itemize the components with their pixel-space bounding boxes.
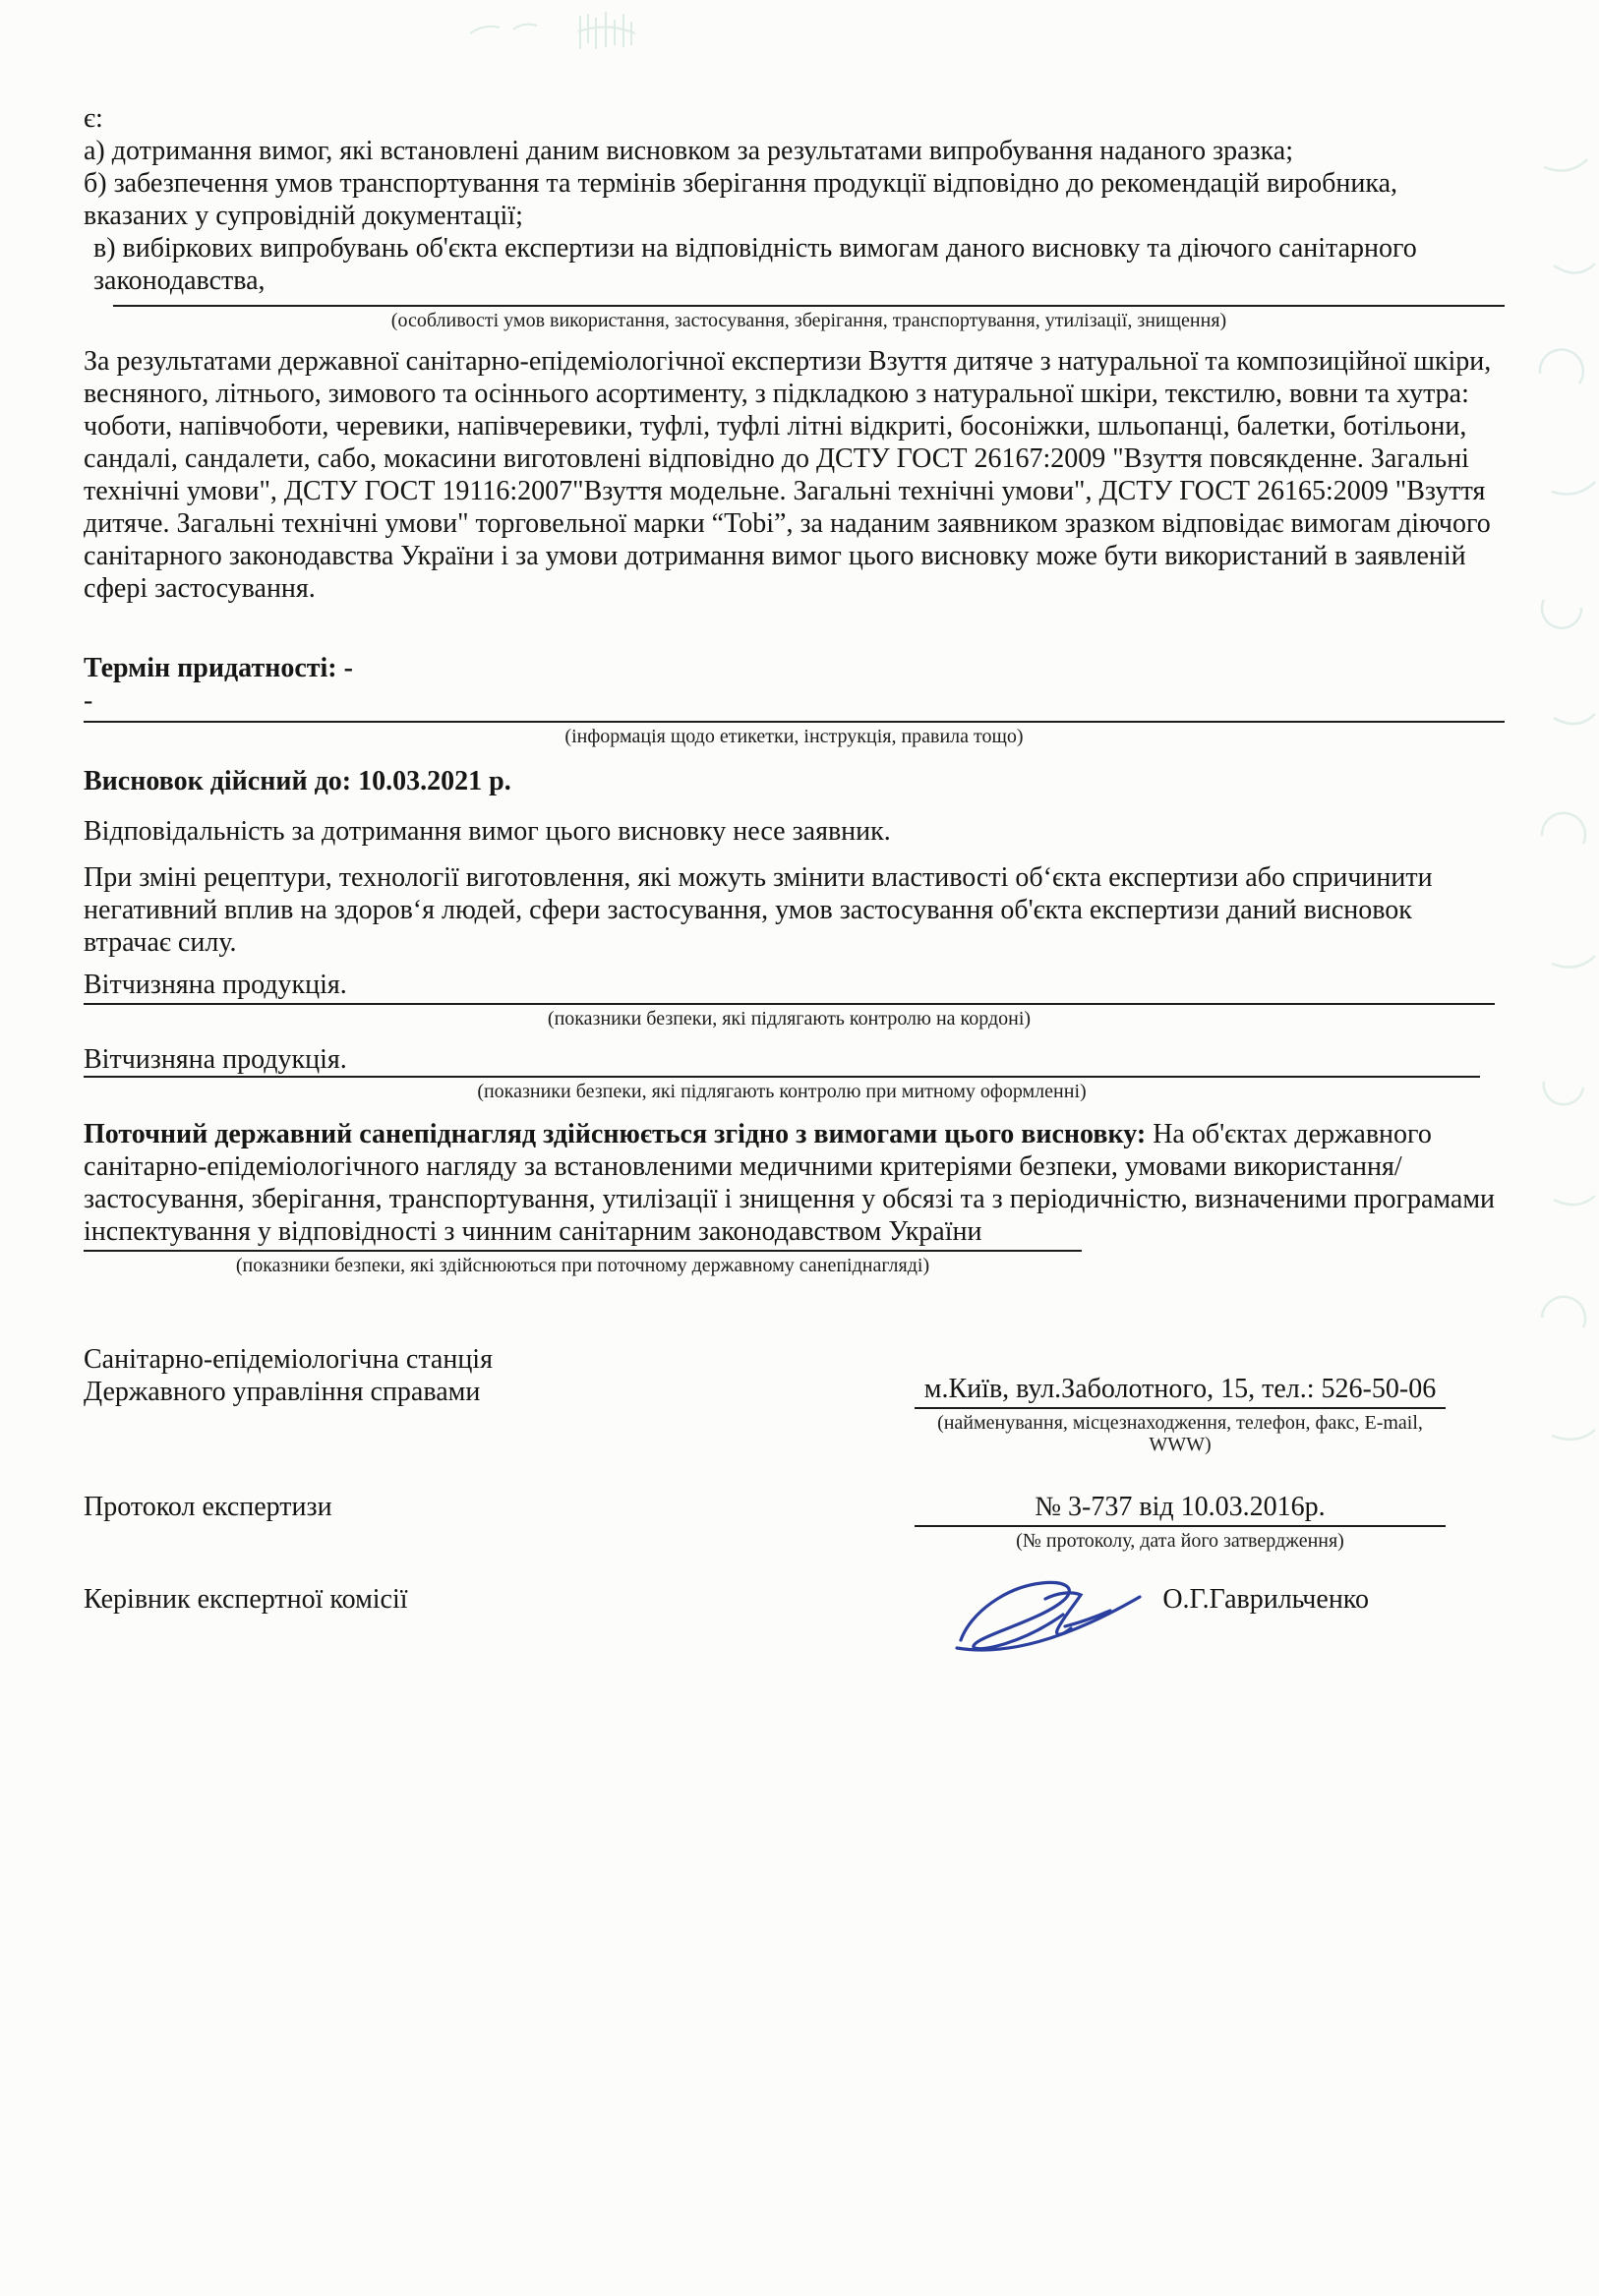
head-name: О.Г.Гаврильченко	[1162, 1583, 1369, 1616]
watermark-pattern	[1514, 128, 1599, 1524]
station-field: м.Київ, вул.Заболотного, 15, тел.: 526-5…	[915, 1373, 1446, 1455]
clause-a: а) дотримання вимог, які встановлені дан…	[84, 135, 1505, 167]
intro-prefix: є:	[84, 102, 1505, 135]
field-underline	[84, 1003, 1495, 1005]
surveillance-caption: (показники безпеки, які здійснюються при…	[84, 1255, 1082, 1276]
protocol-value: № 3-737 від 10.03.2016р.	[915, 1491, 1446, 1523]
station-caption: (найменування, місцезнаходження, телефон…	[915, 1412, 1446, 1455]
conditions-caption: (особливості умов використання, застосув…	[113, 310, 1505, 331]
protocol-caption: (№ протоколу, дата його затвердження)	[915, 1530, 1446, 1552]
surveillance-paragraph: Поточний державний санепіднагляд здійсню…	[84, 1118, 1505, 1248]
field-underline	[84, 721, 1505, 723]
document-body: є: а) дотримання вимог, які встановлені …	[84, 102, 1505, 1663]
shelf-life-value: -	[84, 684, 1505, 717]
head-label: Керівник експертної комісії	[84, 1583, 634, 1616]
station-value: м.Київ, вул.Заболотного, 15, тел.: 526-5…	[915, 1373, 1446, 1405]
clause-v: в) вибіркових випробувань об'єкта експер…	[84, 232, 1505, 297]
station-label: Санітарно-епідеміологічна станція Держав…	[84, 1343, 634, 1408]
label-info-field: (інформація щодо етикетки, інструкція, п…	[84, 721, 1505, 747]
scanned-document-page: є: а) дотримання вимог, які встановлені …	[0, 0, 1599, 2296]
field-underline	[84, 1076, 1480, 1078]
signature-scribble	[947, 1569, 1149, 1663]
border-control-caption: (показники безпеки, які підлягають контр…	[84, 1008, 1495, 1030]
customs-control-caption: (показники безпеки, які підлягають контр…	[84, 1081, 1480, 1102]
field-underline	[113, 305, 1505, 307]
protocol-field: № 3-737 від 10.03.2016р. (№ протоколу, д…	[915, 1491, 1446, 1552]
validity-statement: Висновок дійсний до: 10.03.2021 р.	[84, 765, 1505, 797]
expertise-paragraph: За результатами державної санітарно-епід…	[84, 345, 1505, 605]
field-underline	[915, 1525, 1446, 1527]
label-info-caption: (інформація щодо етикетки, інструкція, п…	[84, 726, 1505, 747]
customs-control-value: Вітчизняна продукція.	[84, 1043, 1505, 1076]
surveillance-field: (показники безпеки, які здійснюються при…	[84, 1250, 1082, 1276]
surveillance-lead: Поточний державний санепіднагляд здійсню…	[84, 1119, 1146, 1149]
protocol-label: Протокол експертизи	[84, 1491, 634, 1523]
border-control-field: (показники безпеки, які підлягають контр…	[84, 1003, 1495, 1030]
station-row: Санітарно-епідеміологічна станція Держав…	[84, 1343, 1505, 1455]
clause-b: б) забезпечення умов транспортування та …	[84, 167, 1505, 232]
responsibility-statement: Відповідальність за дотримання вимог цьо…	[84, 815, 1505, 848]
customs-control-field: (показники безпеки, які підлягають контр…	[84, 1076, 1480, 1102]
change-clause: При зміні рецептури, технології виготовл…	[84, 861, 1505, 959]
shelf-life-label: Термін придатності: -	[84, 652, 1505, 684]
conditions-field: (особливості умов використання, застосув…	[113, 305, 1505, 331]
field-underline	[915, 1407, 1446, 1409]
signature-row: Керівник експертної комісії О.Г.Гаврильч…	[84, 1583, 1505, 1663]
protocol-row: Протокол експертизи № 3-737 від 10.03.20…	[84, 1491, 1505, 1552]
field-underline	[84, 1250, 1082, 1252]
border-control-value: Вітчизняна продукція.	[84, 969, 1505, 1001]
watermark-pattern	[462, 4, 679, 63]
